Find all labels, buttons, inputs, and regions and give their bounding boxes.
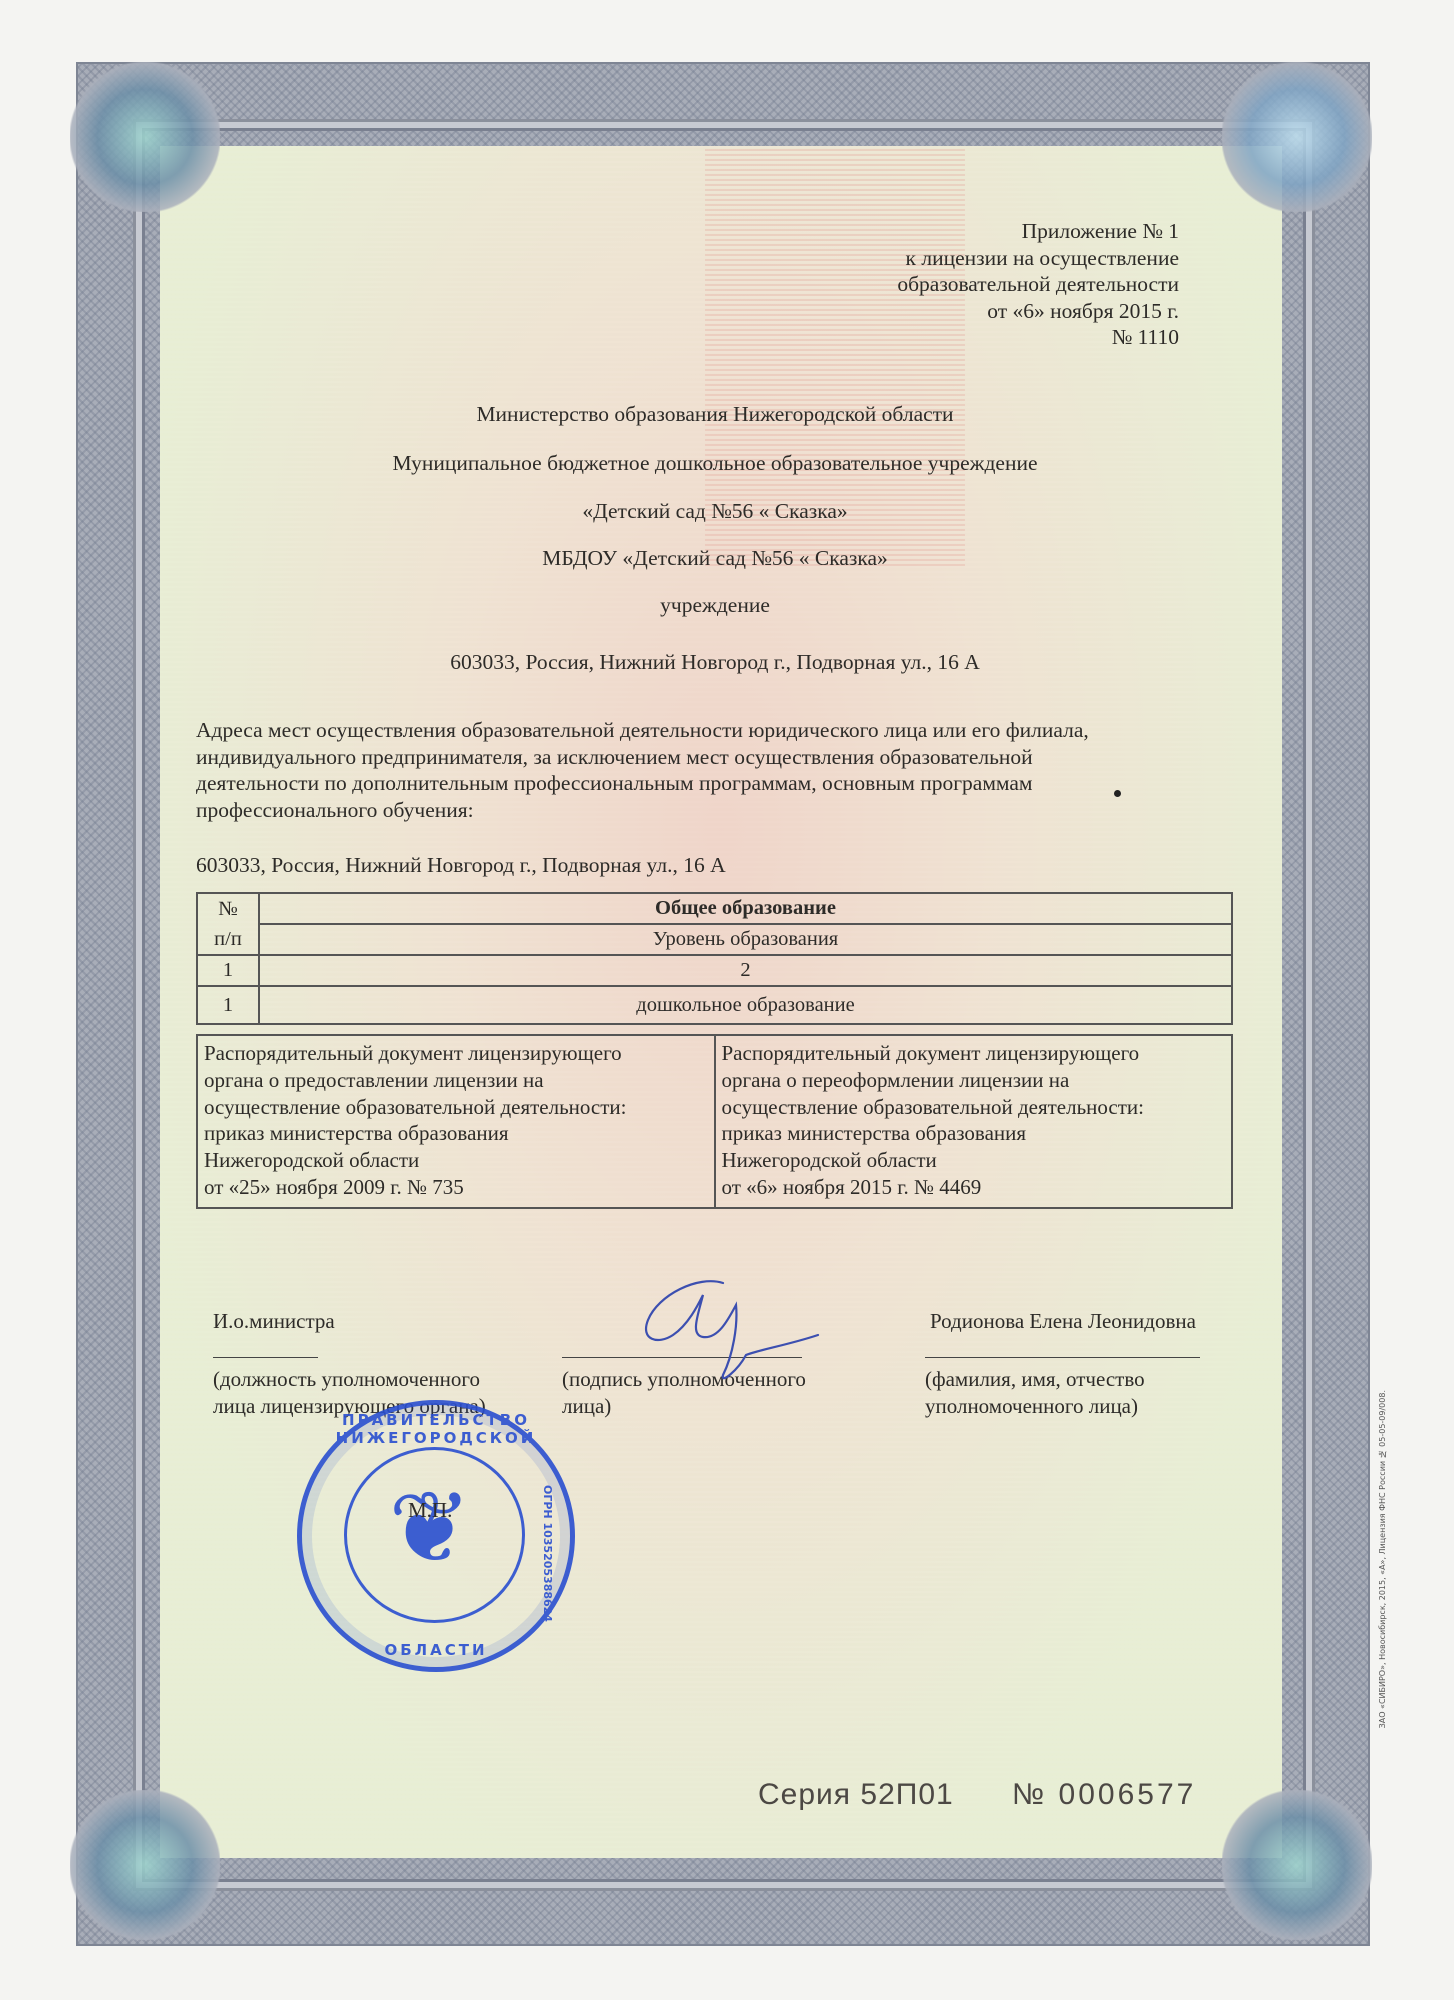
table-row: Распорядительный документ лицензирующего… [197,1035,1232,1208]
grant-document-cell: Распорядительный документ лицензирующего… [197,1035,715,1208]
table-row: Уровень образования [197,924,1232,955]
table-row: 1 дошкольное образование [197,986,1232,1024]
reissue-line: Нижегородской области [722,1147,1224,1174]
corner-ornament-icon [70,1790,220,1940]
reissue-line: органа о переоформлении лицензии на [722,1067,1224,1094]
education-level: дошкольное образование [259,986,1232,1024]
table-row: № п/п Общее образование [197,893,1232,924]
name-caption: (фамилия, имя, отчество уполномоченного … [925,1366,1145,1420]
grant-line: осуществление образовательной деятельнос… [204,1094,706,1121]
reissue-order-date: от «6» ноября 2015 г. № 4469 [722,1174,1224,1201]
reissue-line: Распорядительный документ лицензирующего [722,1040,1224,1067]
position-line [213,1357,318,1358]
appendix-line: образовательной деятельности [897,271,1179,298]
series-value: 52П01 [860,1778,953,1811]
seal-bottom-text: ОБЛАСТИ [302,1641,570,1659]
official-full-name: Родионова Елена Леонидовна [930,1308,1196,1335]
grant-line: приказ министерства образования [204,1120,706,1147]
caption-line: (фамилия, имя, отчество [925,1366,1145,1393]
legal-address: 603033, Россия, Нижний Новгород г., Подв… [190,650,1240,675]
num-header-cell: № п/п [197,893,259,955]
reissue-line: приказ министерства образования [722,1120,1224,1147]
licensing-documents-table: Распорядительный документ лицензирующего… [196,1034,1233,1209]
table-row: 1 2 [197,955,1232,986]
organization-full-type: Муниципальное бюджетное дошкольное образ… [190,451,1240,476]
handwritten-signature-icon [628,1275,828,1390]
organization-short-name: МБДОУ «Детский сад №56 « Сказка» [190,546,1240,571]
seal-ogrn: ОГРН 1035205388624 [541,1485,554,1622]
reissue-document-cell: Распорядительный документ лицензирующего… [715,1035,1233,1208]
appendix-reference: Приложение № 1 к лицензии на осуществлен… [897,218,1179,351]
ministry-name: Министерство образования Нижегородской о… [190,402,1240,427]
corner-ornament-icon [1222,62,1372,212]
printer-imprint: ЗАО «СИБИРО», Новосибирск, 2015, «А», Ли… [1378,1390,1387,1728]
level-header: Уровень образования [259,924,1232,955]
section-title: Общее образование [259,893,1232,924]
education-table: № п/п Общее образование Уровень образова… [196,892,1233,1025]
organization-type: учреждение [190,593,1240,618]
reissue-line: осуществление образовательной деятельнос… [722,1094,1224,1121]
grant-line: Распорядительный документ лицензирующего [204,1040,706,1067]
number-value: 0006577 [1059,1778,1197,1811]
column-number-cell: 2 [259,955,1232,986]
caption-line: уполномоченного лица) [925,1393,1145,1420]
num-header: № [198,894,258,924]
appendix-title: Приложение № 1 [897,218,1179,245]
activity-place-address: 603033, Россия, Нижний Новгород г., Подв… [196,851,726,879]
grant-order-date: от «25» ноября 2009 г. № 735 [204,1174,706,1201]
blank-series: Серия 52П01 [758,1778,954,1812]
row-number: 1 [197,986,259,1024]
stamp-place-label: М.П. [408,1498,452,1523]
activity-places-intro: Адреса мест осуществления образовательно… [196,717,1116,823]
seal-top-text: ПРАВИТЕЛЬСТВО НИЖЕГОРОДСКОЙ [302,1411,570,1447]
number-label: № [1012,1778,1047,1811]
grant-line: Нижегородской области [204,1147,706,1174]
ink-dot [1114,790,1121,797]
corner-ornament-icon [1222,1790,1372,1940]
appendix-line: к лицензии на осуществление [897,245,1179,272]
blank-number: № 0006577 [1012,1778,1196,1812]
corner-ornament-icon [70,62,220,212]
appendix-date: от «6» ноября 2015 г. [897,298,1179,325]
grant-line: органа о предоставлении лицензии на [204,1067,706,1094]
official-seal: ПРАВИТЕЛЬСТВО НИЖЕГОРОДСКОЙ ❦ ОГРН 10352… [297,1400,575,1672]
caption-line: (должность уполномоченного [213,1366,486,1393]
official-position: И.о.министра [213,1308,335,1335]
appendix-number: № 1110 [897,324,1179,351]
column-number-cell: 1 [197,955,259,986]
name-line [925,1357,1200,1358]
organization-name: «Детский сад №56 « Сказка» [190,499,1240,524]
num-header-sub: п/п [198,924,258,954]
series-label: Серия [758,1778,851,1811]
double-headed-eagle-icon: ❦ [374,1463,486,1593]
caption-line: лица) [562,1393,806,1420]
